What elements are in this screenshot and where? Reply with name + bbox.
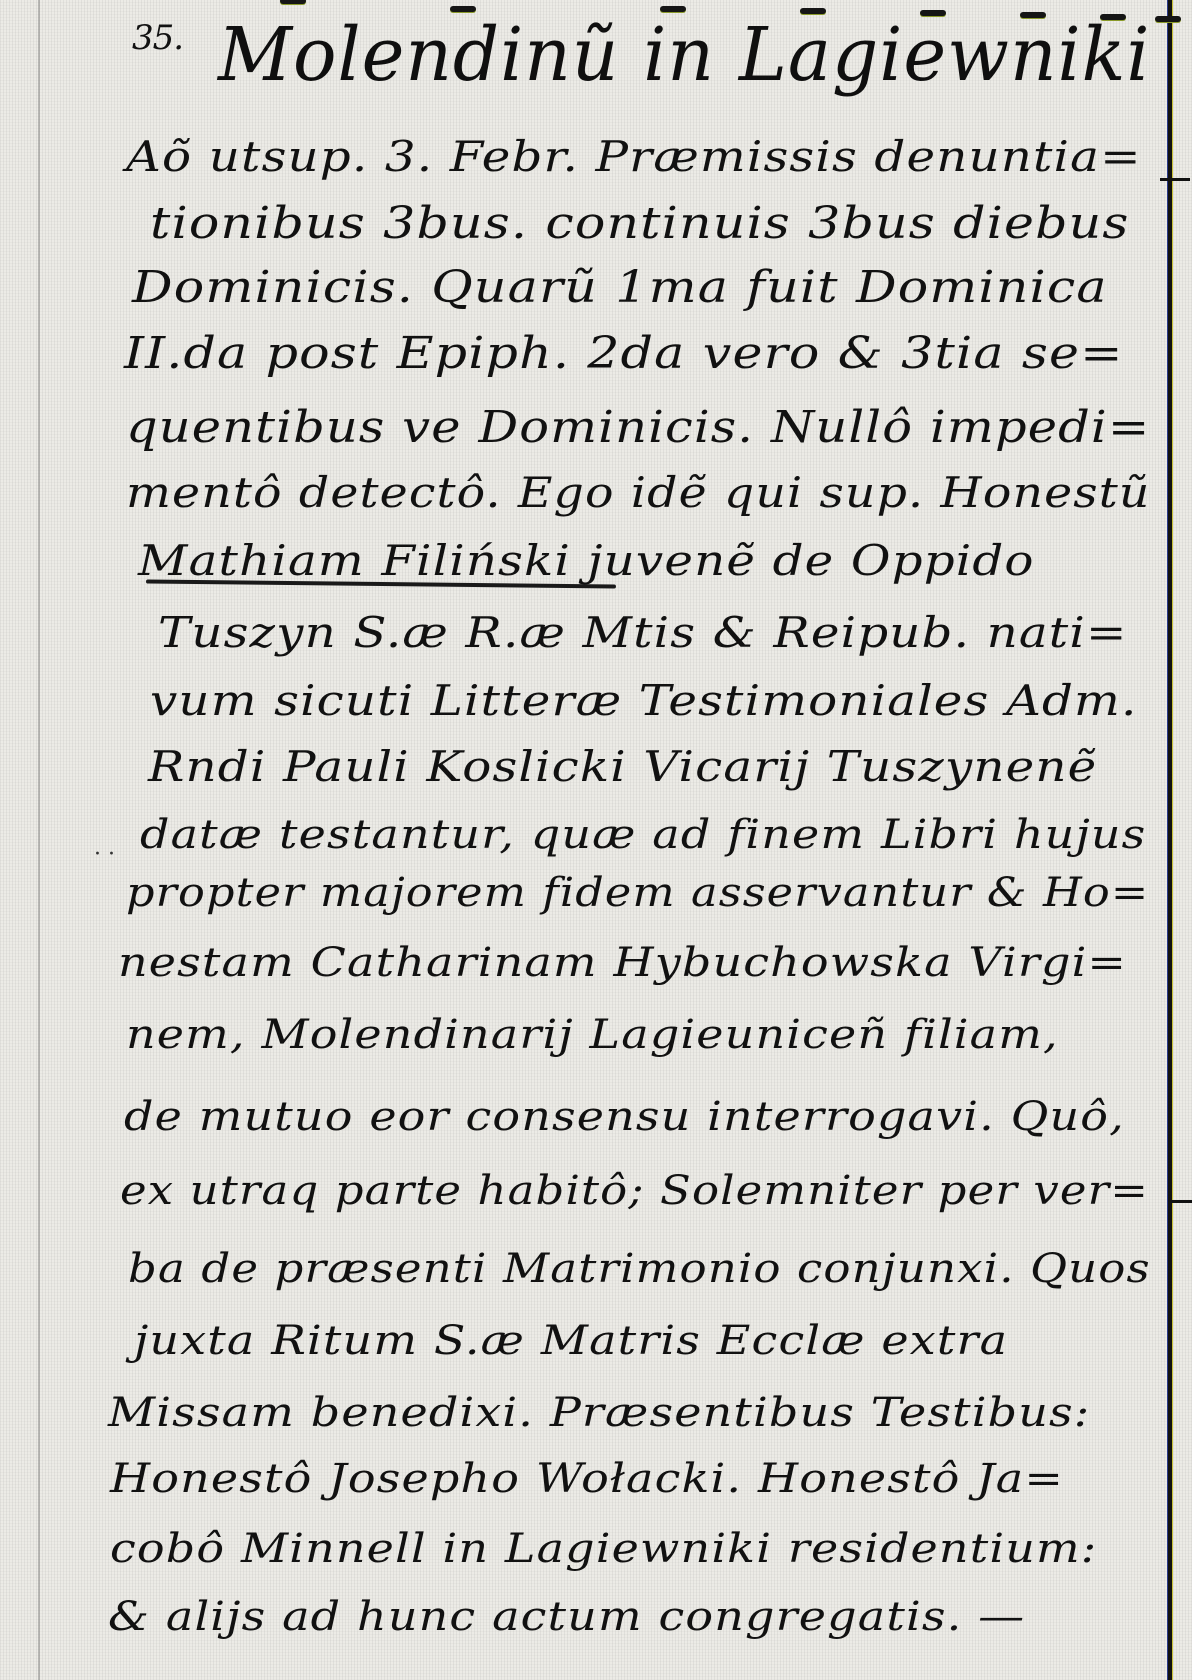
text-line: quentibus ve Dominicis. Nullô impedi= xyxy=(126,402,1150,453)
text-line: Tuszyn S.æ R.æ Mtis & Reipub. nati= xyxy=(158,608,1128,657)
text-line: ba de præsenti Matrimonio conjunxi. Quos xyxy=(128,1246,1151,1292)
text-line: cobô Minnell in Lagiewniki residentium: xyxy=(110,1526,1097,1572)
text-line: nem, Molendinarij Lagieuniceñ filiam, xyxy=(126,1012,1059,1058)
text-line: datæ testantur, quæ ad finem Libri hujus xyxy=(140,812,1146,858)
margin-dot-mark: · · xyxy=(94,842,115,867)
text-line: ex utraq parte habitô; Solemniter per ve… xyxy=(120,1168,1149,1214)
text-line: Missam benedixi. Præsentibus Testibus: xyxy=(108,1390,1090,1436)
text-line: mentô detectô. Ego idẽ qui sup. Honestũ xyxy=(126,468,1151,517)
text-line: de mutuo eor consensu interrogavi. Quô, xyxy=(124,1094,1125,1140)
entry-body: Aõ utsup. 3. Febr. Præmissis denuntia= t… xyxy=(0,0,1192,1680)
text-line: nestam Catharinam Hybuchowska Virgi= xyxy=(118,940,1127,986)
text-line: vum sicuti Litteræ Testimoniales Adm. xyxy=(150,676,1138,725)
text-line: propter majorem fidem asservantur & Ho= xyxy=(126,870,1149,916)
document-page: 35. Molendinũ in Lagiewniki Aõ utsup. 3.… xyxy=(0,0,1192,1680)
text-line: Aõ utsup. 3. Febr. Præmissis denuntia= xyxy=(126,132,1142,181)
text-line: juxta Ritum S.æ Matris Ecclæ extra xyxy=(134,1318,1008,1364)
text-line: Honestô Josepho Wołacki. Honestô Ja= xyxy=(110,1456,1064,1502)
text-line: Rndi Pauli Koslicki Vicarij Tuszynenẽ xyxy=(148,742,1097,791)
text-line underlined-name-line: Mathiam Filiński juvenẽ de Oppido xyxy=(138,536,1035,585)
text-line: & alijs ad hunc actum congregatis. — xyxy=(108,1594,1025,1640)
text-line: tionibus 3bus. continuis 3bus diebus xyxy=(150,198,1130,249)
text-line: II.da post Epiph. 2da vero & 3tia se= xyxy=(124,328,1124,379)
text-line: Dominicis. Quarũ 1ma fuit Dominica xyxy=(132,262,1108,313)
